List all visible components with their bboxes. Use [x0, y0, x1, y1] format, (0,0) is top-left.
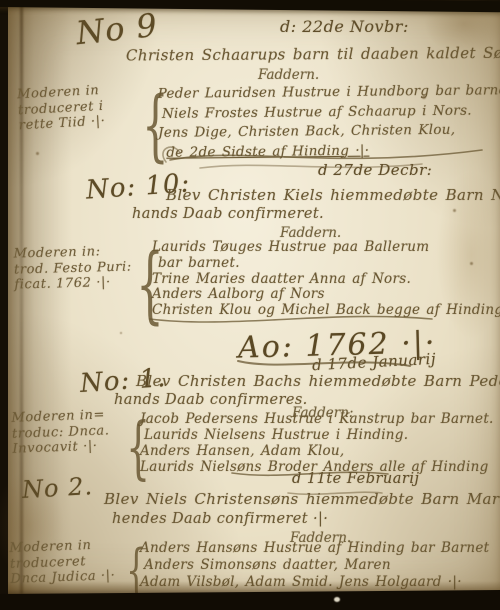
- entry-title-line: Blev Christen Kiels hiemmedøbte Barn Nie…: [166, 186, 500, 204]
- godparent-line: Trine Maries daatter Anna af Nors.: [152, 272, 500, 288]
- godparent-line: Anders Hansøns Hustrue af Hinding bar Ba…: [140, 540, 489, 557]
- godparent-line: Anders Simonsøns daatter, Maren: [144, 557, 489, 574]
- entry-date: d 11te Februarij: [292, 471, 419, 487]
- entry-title-line: Blev Christen Bachs hiemmedøbte Barn Ped…: [136, 372, 500, 390]
- margin-note-line: ficat. 1762 ·|·: [14, 274, 132, 293]
- godparents-list: Laurids Tøuges Hustrue paa Ballerum bar …: [152, 240, 500, 319]
- foxing-spot: [120, 332, 122, 334]
- godparent-line: Laurids Nielsens Hustrue i Hinding.: [144, 427, 494, 443]
- godparent-line: Anders Aalborg af Nors: [152, 287, 500, 303]
- margin-note: Moderen in= troduc: Dnca. Invocavit ·|·: [11, 407, 110, 457]
- book-bottom-edge: [0, 590, 500, 610]
- godparent-line: de 2de Sidste af Hinding ·|·: [166, 140, 500, 163]
- margin-note: Moderen in troduceret Dnca Judica ·|·: [9, 537, 115, 587]
- edge-highlight: [334, 597, 340, 602]
- entry-title-line: hands Daab confirmeret.: [132, 206, 324, 222]
- entry-number: No 2.: [21, 472, 93, 504]
- entry-title-line: Christen Schaarups barn til daaben kalde…: [126, 44, 500, 65]
- godparent-line: Laurids Tøuges Hustrue paa Ballerum: [152, 240, 500, 256]
- entry-date: d 27de Decbr:: [318, 161, 432, 179]
- faddern-label: Faddern.: [258, 67, 319, 83]
- register-page: No 9 d: 22de Novbr: Christen Schaarups b…: [0, 0, 500, 610]
- godparent-line: bar barnet.: [158, 256, 500, 272]
- margin-note: Moderen in: trod. Festo Puri: ficat. 176…: [13, 243, 132, 293]
- entry-title-line: hands Daab confirmeres.: [114, 392, 308, 408]
- foxing-spot: [453, 209, 456, 212]
- foxing-spot: [36, 152, 39, 155]
- godparent-line: Christen Klou og Michel Back begge af Hi…: [152, 303, 500, 319]
- godparent-line: Anders Hansen, Adam Klou,: [140, 443, 494, 459]
- godparent-line: Jacob Pedersens Hustrue i Kanstrup bar B…: [140, 411, 494, 427]
- entry-title-line: hendes Daab confirmeret ·|·: [112, 511, 328, 527]
- godparents-list: Jacob Pedersens Hustrue i Kanstrup bar B…: [140, 411, 494, 475]
- margin-note-line: trod. Festo Puri:: [14, 259, 132, 278]
- margin-note: Moderen in troduceret i rette Tiid ·|·: [17, 83, 106, 134]
- entry-title-line: Blev Niels Christensøns hiemmedøbte Barn…: [104, 490, 500, 508]
- godparents-list: Peder Lauridsen Hustrue i Hundborg bar b…: [158, 81, 500, 163]
- entry-date: d: 22de Novbr:: [280, 17, 409, 36]
- godparent-line: Jens Dige, Christen Back, Christen Klou,: [158, 120, 500, 143]
